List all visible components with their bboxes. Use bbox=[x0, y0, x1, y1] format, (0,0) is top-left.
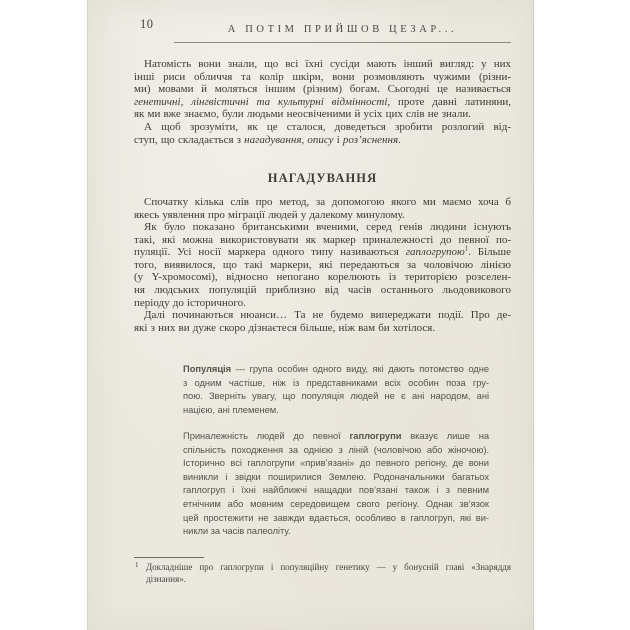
text-line: Докладніше про гаплогрупи і популяційну … bbox=[146, 562, 511, 574]
text-line: Спочатку кілька слів про метод, за допом… bbox=[134, 196, 511, 209]
text-line: ня людських популяцій приблизно від часі… bbox=[134, 284, 511, 297]
text-line: з одним частіше, ніж із представниками в… bbox=[183, 376, 489, 390]
text-line: цей простежити не завжди вдається, особл… bbox=[183, 511, 489, 525]
text-line: такі, які можна використовувати як марке… bbox=[134, 234, 511, 247]
text-line: того, виявилося, що такі маркери, які пе… bbox=[134, 259, 511, 272]
text-line: А щоб зрозуміти, як це сталося, доведеть… bbox=[134, 121, 511, 134]
definition-box-population: Популяція — група особин одного виду, як… bbox=[183, 362, 489, 416]
text-line: никли за часів палеоліту. bbox=[183, 524, 489, 538]
book-page-scan: 10 А ПОТІМ ПРИЙШОВ ЦЕЗАР... Натомість во… bbox=[87, 0, 534, 630]
footnote: 1 Докладніше про гаплогрупи і популяційн… bbox=[146, 562, 511, 585]
text-line: (у Y-хромосомі), відносно непогано корел… bbox=[134, 271, 511, 284]
text-line: спільність походження за однією з ліній … bbox=[183, 443, 489, 457]
running-header-title: А ПОТІМ ПРИЙШОВ ЦЕЗАР... bbox=[228, 24, 457, 35]
text-line: пуляції. Усі носії маркера одного типу н… bbox=[134, 246, 511, 259]
text-line: пою. Зверніть увагу, що популяція людей … bbox=[183, 389, 489, 403]
footnote-text: Докладніше про гаплогрупи і популяційну … bbox=[146, 562, 511, 585]
text-line: якесь уявлення про міграції людей у дале… bbox=[134, 209, 511, 222]
footnote-rule bbox=[134, 557, 204, 558]
footnote-marker: 1 bbox=[135, 560, 139, 572]
section-heading: НАГАДУВАННЯ bbox=[134, 171, 511, 186]
text-line: інші риси обличчя та колір шкіри, вони р… bbox=[134, 71, 511, 84]
running-header: А ПОТІМ ПРИЙШОВ ЦЕЗАР... bbox=[174, 19, 511, 37]
paragraph-5: Далі починаються нюанси… Та не будемо ви… bbox=[134, 309, 511, 334]
text-line: дізнання». bbox=[146, 574, 511, 586]
text-line: Далі починаються нюанси… Та не будемо ви… bbox=[134, 309, 511, 322]
text-line: Історично всі гаплогрупи «прив’язані» до… bbox=[183, 456, 489, 470]
paragraph-1: Натомість вони знали, що всі їхні сусіди… bbox=[134, 58, 511, 121]
paragraph-3: Спочатку кілька слів про метод, за допом… bbox=[134, 196, 511, 221]
text-line: які з них ви дуже скоро дізнаєтеся більш… bbox=[134, 322, 511, 335]
header-rule bbox=[174, 42, 511, 43]
text-line: ми) мовами й моляться іншим (різним) бог… bbox=[134, 83, 511, 96]
paragraph-4: Як було показано британськими вченими, с… bbox=[134, 221, 511, 309]
text-line: нацією, ані племенем. bbox=[183, 403, 489, 417]
screenshot-viewport: 10 А ПОТІМ ПРИЙШОВ ЦЕЗАР... Натомість во… bbox=[0, 0, 630, 630]
text-line: Як було показано британськими вченими, с… bbox=[134, 221, 511, 234]
text-line: як ми вже знаємо, були людьми неосвічени… bbox=[134, 108, 511, 121]
page-number: 10 bbox=[140, 17, 154, 32]
text-line: Натомість вони знали, що всі їхні сусіди… bbox=[134, 58, 511, 71]
text-line: періоду до історичного. bbox=[134, 297, 511, 310]
text-line: гаплогруп і їхні найближчі нащадки пов’я… bbox=[183, 483, 489, 497]
paragraph-2: А щоб зрозуміти, як це сталося, доведеть… bbox=[134, 121, 511, 146]
text-line: етнічним або мовним середовищем свого ре… bbox=[183, 497, 489, 511]
text-line: Популяція — група особин одного виду, як… bbox=[183, 362, 489, 376]
text-line: ступ, що складається з нагадування, опис… bbox=[134, 134, 511, 147]
definition-box-haplogroup: Приналежність людей до певної гаплогрупи… bbox=[183, 429, 489, 538]
text-line: генетичні, лінгвістичні та культурні від… bbox=[134, 96, 511, 109]
text-line: виникли і звідки поширилися Землею. Родо… bbox=[183, 470, 489, 484]
text-line: Приналежність людей до певної гаплогрупи… bbox=[183, 429, 489, 443]
